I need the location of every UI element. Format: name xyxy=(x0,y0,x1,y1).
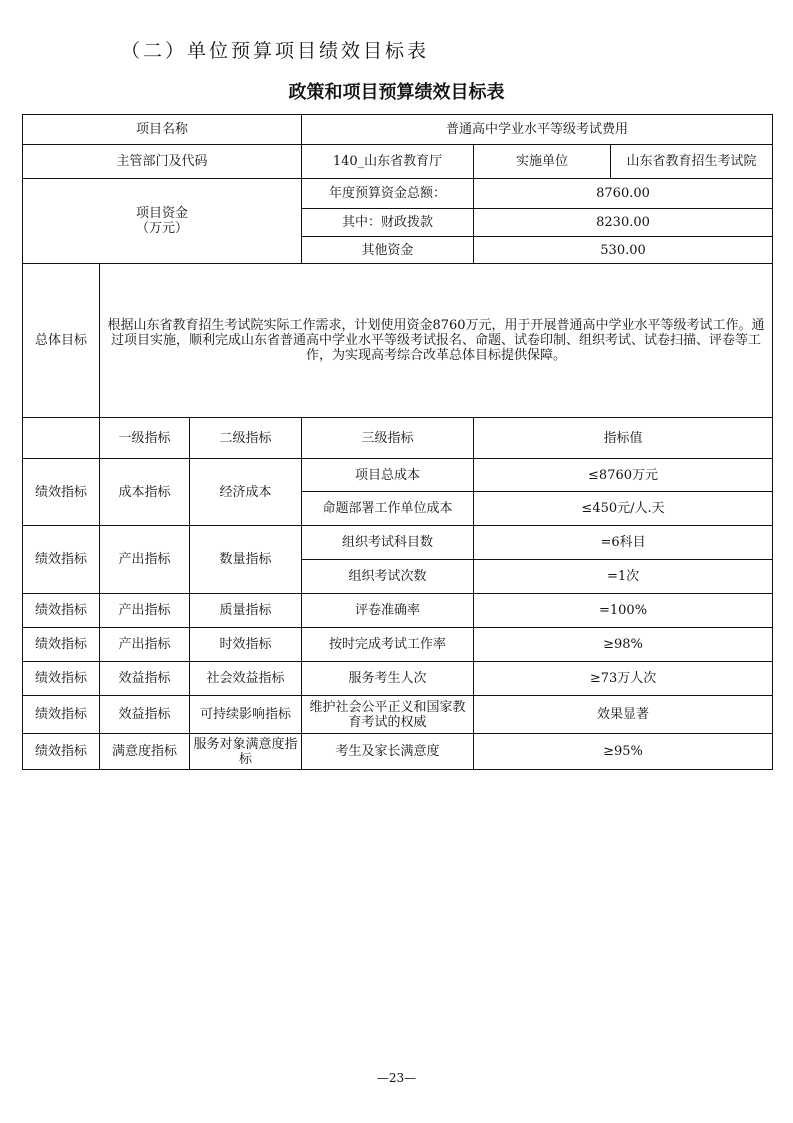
funding-total-label: 年度预算资金总额： xyxy=(302,179,474,209)
indicator-level1: 成本指标 xyxy=(100,459,190,526)
document-title: 政策和项目预算绩效目标表 xyxy=(0,78,793,104)
indicator-category: 绩效指标 xyxy=(23,594,100,628)
indicator-level1: 产出指标 xyxy=(100,628,190,662)
funding-other-value: 530.00 xyxy=(474,237,773,264)
implementing-unit-value: 山东省教育招生考试院 xyxy=(611,145,773,179)
indicator-row: 绩效指标 满意度指标 服务对象满意度指标 考生及家长满意度 ≥95% xyxy=(23,734,773,770)
implementing-unit-label: 实施单位 xyxy=(474,145,611,179)
indicator-level2: 质量指标 xyxy=(190,594,302,628)
indicator-category: 绩效指标 xyxy=(23,662,100,696)
indicator-level2: 数量指标 xyxy=(190,526,302,594)
indicator-level2: 时效指标 xyxy=(190,628,302,662)
header-level2: 二级指标 xyxy=(190,418,302,459)
department-row: 主管部门及代码 140_山东省教育厅 实施单位 山东省教育招生考试院 xyxy=(23,145,773,179)
header-value: 指标值 xyxy=(474,418,773,459)
indicator-row: 绩效指标 效益指标 可持续影响指标 维护社会公平正义和国家教育考试的权威 效果显… xyxy=(23,696,773,734)
indicator-level3: 组织考试科目数 xyxy=(302,526,474,560)
indicator-value: ≤450元/人.天 xyxy=(474,492,773,526)
indicator-category: 绩效指标 xyxy=(23,526,100,594)
funding-total-value: 8760.00 xyxy=(474,179,773,209)
project-name-row: 项目名称 普通高中学业水平等级考试费用 xyxy=(23,115,773,145)
overall-goal-label: 总体目标 xyxy=(23,264,100,418)
section-title: （二）单位预算项目绩效目标表 xyxy=(121,36,429,63)
indicator-level3: 组织考试次数 xyxy=(302,560,474,594)
indicator-value: =1次 xyxy=(474,560,773,594)
department-label: 主管部门及代码 xyxy=(23,145,302,179)
indicator-level2: 社会效益指标 xyxy=(190,662,302,696)
indicator-level3: 考生及家长满意度 xyxy=(302,734,474,770)
indicator-level2: 可持续影响指标 xyxy=(190,696,302,734)
header-level3: 三级指标 xyxy=(302,418,474,459)
indicator-category: 绩效指标 xyxy=(23,734,100,770)
indicator-level1: 效益指标 xyxy=(100,696,190,734)
indicator-value: =6科目 xyxy=(474,526,773,560)
department-value: 140_山东省教育厅 xyxy=(302,145,474,179)
indicator-value: ≤8760万元 xyxy=(474,459,773,492)
project-name-label: 项目名称 xyxy=(23,115,302,145)
indicator-level3: 按时完成考试工作率 xyxy=(302,628,474,662)
header-blank xyxy=(23,418,100,459)
performance-target-table: 项目名称 普通高中学业水平等级考试费用 主管部门及代码 140_山东省教育厅 实… xyxy=(22,114,773,770)
indicator-level1: 效益指标 xyxy=(100,662,190,696)
indicator-row: 绩效指标 成本指标 经济成本 项目总成本 ≤8760万元 xyxy=(23,459,773,492)
indicator-value: ≥73万人次 xyxy=(474,662,773,696)
indicator-value: 效果显著 xyxy=(474,696,773,734)
indicator-value: ≥95% xyxy=(474,734,773,770)
overall-goal-row: 总体目标 根据山东省教育招生考试院实际工作需求，计划使用资金8760万元，用于开… xyxy=(23,264,773,418)
indicator-level3: 命题部署工作单位成本 xyxy=(302,492,474,526)
funding-label: 项目资金 （万元） xyxy=(23,179,302,264)
indicator-row: 绩效指标 产出指标 数量指标 组织考试科目数 =6科目 xyxy=(23,526,773,560)
indicator-level1: 满意度指标 xyxy=(100,734,190,770)
page-number: —23— xyxy=(0,1071,793,1085)
funding-row: 项目资金 （万元） 年度预算资金总额： 8760.00 xyxy=(23,179,773,209)
indicator-row: 绩效指标 产出指标 质量指标 评卷准确率 =100% xyxy=(23,594,773,628)
indicator-level3: 维护社会公平正义和国家教育考试的权威 xyxy=(302,696,474,734)
funding-fiscal-value: 8230.00 xyxy=(474,209,773,237)
indicator-level1: 产出指标 xyxy=(100,526,190,594)
funding-label-text: 项目资金 xyxy=(25,206,299,221)
indicator-row: 绩效指标 产出指标 时效指标 按时完成考试工作率 ≥98% xyxy=(23,628,773,662)
header-level1: 一级指标 xyxy=(100,418,190,459)
indicator-value: ≥98% xyxy=(474,628,773,662)
indicator-category: 绩效指标 xyxy=(23,696,100,734)
indicator-value: =100% xyxy=(474,594,773,628)
funding-other-label: 其他资金 xyxy=(302,237,474,264)
indicator-level2: 服务对象满意度指标 xyxy=(190,734,302,770)
indicator-level3: 服务考生人次 xyxy=(302,662,474,696)
indicator-row: 绩效指标 效益指标 社会效益指标 服务考生人次 ≥73万人次 xyxy=(23,662,773,696)
indicator-header-row: 一级指标 二级指标 三级指标 指标值 xyxy=(23,418,773,459)
indicator-level3: 评卷准确率 xyxy=(302,594,474,628)
indicator-level2: 经济成本 xyxy=(190,459,302,526)
funding-fiscal-label: 其中：财政拨款 xyxy=(302,209,474,237)
indicator-level3: 项目总成本 xyxy=(302,459,474,492)
project-name-value: 普通高中学业水平等级考试费用 xyxy=(302,115,773,145)
indicator-category: 绩效指标 xyxy=(23,459,100,526)
indicator-category: 绩效指标 xyxy=(23,628,100,662)
funding-unit-text: （万元） xyxy=(25,221,299,236)
indicator-level1: 产出指标 xyxy=(100,594,190,628)
overall-goal-text: 根据山东省教育招生考试院实际工作需求，计划使用资金8760万元，用于开展普通高中… xyxy=(100,264,773,418)
